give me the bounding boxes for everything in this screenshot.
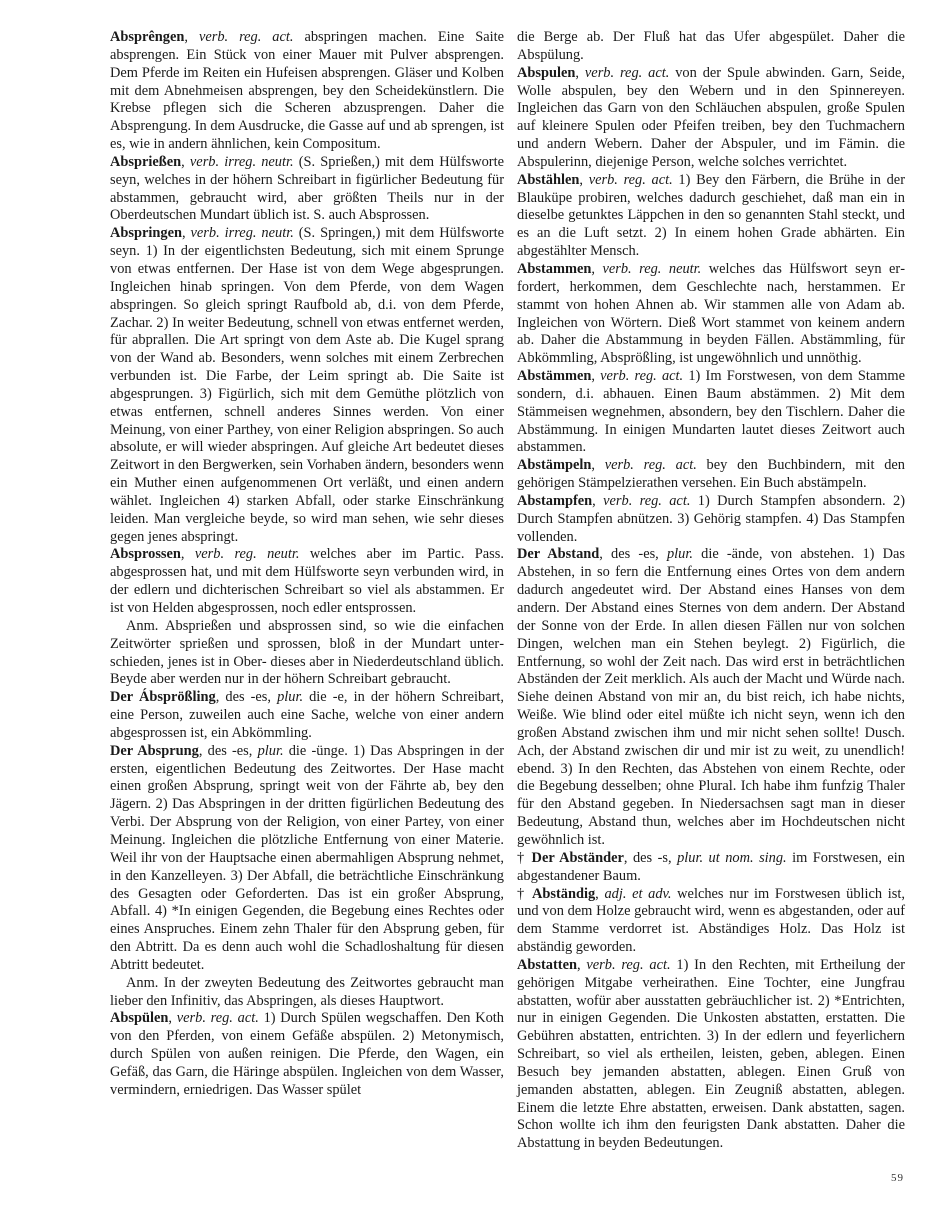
entry-separator: , des -es,	[216, 689, 277, 705]
entry-continuation: die Berge ab. Der Fluß hat das Ufer abge…	[517, 29, 905, 65]
dictionary-entry: Abstämmen, verb. reg. act. 1) Im Forstwe…	[517, 368, 905, 457]
entry-grammar: verb. reg. neutr.	[195, 546, 300, 562]
entry-grammar: verb. reg. act.	[603, 493, 690, 509]
entry-headword: Abstählen	[517, 172, 579, 188]
dictionary-entry: Abstammen, verb. reg. neutr. welches das…	[517, 261, 905, 368]
entry-separator: ,	[181, 546, 195, 562]
entry-headword: Absprossen	[110, 546, 181, 562]
entry-headword: Der Abstand	[517, 546, 599, 562]
entry-grammar: verb. irreg. neutr.	[190, 154, 294, 170]
entry-headword: Abspülen	[110, 1010, 168, 1026]
entry-separator: ,	[591, 457, 604, 473]
entry-grammar: verb. reg. act.	[177, 1010, 259, 1026]
entry-headword: Abstämmen	[517, 368, 591, 384]
entry-grammar: verb. reg. act.	[589, 172, 673, 188]
entry-headword: Abstampfen	[517, 493, 592, 509]
entry-headword: Abstammen	[517, 261, 591, 277]
entry-separator: ,	[184, 29, 199, 45]
entry-grammar: verb. reg. act.	[600, 368, 683, 384]
entry-grammar: plur.	[277, 689, 303, 705]
entry-grammar: adj. et adv.	[604, 886, 671, 902]
entry-grammar: plur. ut nom. sing.	[677, 850, 787, 866]
entry-grammar: verb. reg. act.	[199, 29, 294, 45]
entry-headword: Absprießen	[110, 154, 181, 170]
dictionary-entry: Abstählen, verb. reg. act. 1) Bey den Fä…	[517, 172, 905, 261]
dictionary-entry: Abspülen, verb. reg. act. 1) Durch Spüle…	[110, 1010, 504, 1099]
entry-headword: Abstatten	[517, 957, 577, 973]
entry-text: die -ände, von abstehen. 1) Das Abstehen…	[517, 546, 905, 848]
dictionary-entry: Der Ábsprößling, des -es, plur. die -e, …	[110, 689, 504, 743]
entry-text: 1) In den Rechten, mit Ertheilung der ge…	[517, 957, 905, 1151]
dictionary-entry: Absprießen, verb. irreg. neutr. (S. Spri…	[110, 154, 504, 225]
entry-separator: ,	[579, 172, 588, 188]
annotation-note: Anm. In der zweyten Bedeutung des Zeitwo…	[110, 975, 504, 1011]
right-column: die Berge ab. Der Fluß hat das Ufer abge…	[517, 29, 905, 1153]
entry-separator: ,	[168, 1010, 176, 1026]
dictionary-entry: Abstatten, verb. reg. act. 1) In den Rec…	[517, 957, 905, 1153]
note-text: Anm. Absprießen und absprossen sind, so …	[110, 618, 504, 688]
dictionary-entry: Der Abstand, des -es, plur. die -ände, v…	[517, 546, 905, 849]
entry-headword: Der Abständer	[532, 850, 624, 866]
entry-grammar: verb. irreg. neutr.	[191, 225, 294, 241]
entry-separator: ,	[591, 368, 600, 384]
entry-separator: , des -es,	[599, 546, 667, 562]
entry-separator: ,	[592, 493, 603, 509]
annotation-note: Anm. Absprießen und absprossen sind, so …	[110, 618, 504, 689]
entry-text: (S. Springen,) mit dem Hülfs­worte seyn.…	[110, 225, 504, 544]
entry-headword: Der Absprung	[110, 743, 199, 759]
entry-separator: ,	[181, 154, 190, 170]
entry-separator: ,	[575, 65, 585, 81]
entry-separator: ,	[577, 957, 586, 973]
entry-grammar: verb. reg. neutr.	[602, 261, 701, 277]
entry-text: abspringen machen. Eine Saite absprengen…	[110, 29, 504, 152]
page-number: 59	[891, 1172, 904, 1184]
entry-prefix: †	[517, 886, 532, 902]
dictionary-entry: Der Absprung, des -es, plur. die -ünge. …	[110, 743, 504, 975]
entry-separator: ,	[182, 225, 191, 241]
entry-grammar: plur.	[258, 743, 284, 759]
entry-headword: Abspulen	[517, 65, 575, 81]
note-text: Anm. In der zweyten Bedeutung des Zeitwo…	[110, 975, 504, 1009]
entry-headword: Abstämpeln	[517, 457, 591, 473]
dictionary-entry: Abstämpeln, verb. reg. act. bey den Buch…	[517, 457, 905, 493]
left-column: Absprêngen, verb. reg. act. abspringen m…	[110, 29, 504, 1100]
entry-separator: , des -s,	[624, 850, 677, 866]
entry-separator: ,	[591, 261, 602, 277]
entry-headword: Der Ábsprößling	[110, 689, 216, 705]
dictionary-entry: Absprossen, verb. reg. neutr. welches ab…	[110, 546, 504, 617]
dictionary-entry: † Abständig, adj. et adv. welches nur im…	[517, 886, 905, 957]
entry-separator: , des -es,	[199, 743, 258, 759]
entry-grammar: verb. reg. act.	[605, 457, 697, 473]
dictionary-entry: Abstampfen, verb. reg. act. 1) Durch Sta…	[517, 493, 905, 547]
continuation-text: die Berge ab. Der Fluß hat das Ufer abge…	[517, 29, 905, 63]
entry-headword: Abspringen	[110, 225, 182, 241]
dictionary-page: Absprêngen, verb. reg. act. abspringen m…	[0, 0, 935, 1210]
entry-prefix: †	[517, 850, 532, 866]
entry-headword: Absprêngen	[110, 29, 184, 45]
dictionary-entry: Abspulen, verb. reg. act. von der Spule …	[517, 65, 905, 172]
dictionary-entry: Abspringen, verb. irreg. neutr. (S. Spri…	[110, 225, 504, 546]
entry-grammar: verb. reg. act.	[585, 65, 669, 81]
entry-grammar: plur.	[667, 546, 693, 562]
dictionary-entry: Absprêngen, verb. reg. act. abspringen m…	[110, 29, 504, 154]
entry-grammar: verb. reg. act.	[586, 957, 670, 973]
dictionary-entry: † Der Abständer, des -s, plur. ut nom. s…	[517, 850, 905, 886]
entry-text: die -ünge. 1) Das Abspringen in der erst…	[110, 743, 504, 973]
entry-headword: Abständig	[532, 886, 595, 902]
